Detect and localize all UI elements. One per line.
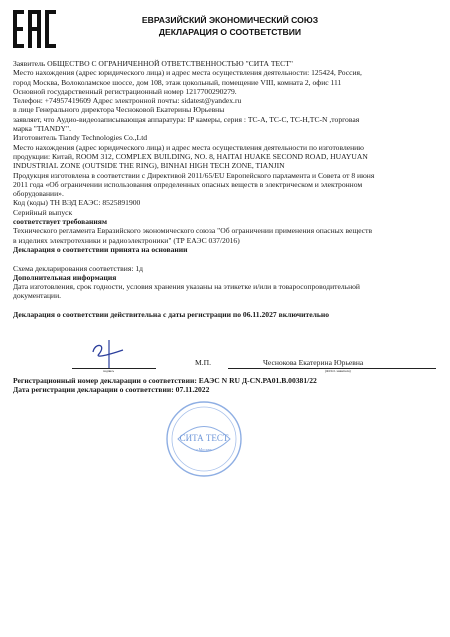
declaration-line: в изделиях электротехники и радиоэлектро… [13, 236, 438, 245]
registration-number: Регистрационный номер декларации о соотв… [13, 376, 317, 385]
declaration-line: Продукция изготовлена в соответствии с Д… [13, 171, 438, 180]
eac-logo [13, 10, 55, 48]
signature-block: подпись М.П. Чеснокова Екатерина Юрьевна… [0, 355, 450, 375]
declaration-line: Схема декларирования соответствия: 1д [13, 264, 438, 273]
declaration-body: Заявитель ОБЩЕСТВО С ОГРАНИЧЕННОЙ ОТВЕТС… [13, 59, 438, 319]
declaration-line: 2011 года «Об ограничении использования … [13, 180, 438, 189]
declaration-line: Код (коды) ТН ВЭД ЕАЭС: 8525891900 [13, 198, 438, 207]
declaration-line: город Москва, Волоколамское шоссе, дом 1… [13, 78, 438, 87]
document-title: ДЕКЛАРАЦИЯ О СООТВЕТСТВИИ [100, 27, 360, 37]
declaration-line: оборудовании». [13, 189, 438, 198]
declaration-line: заявляет, что Аудио-видеозаписывающая ап… [13, 115, 438, 124]
registration-date: Дата регистрации декларации о соответств… [13, 385, 317, 394]
union-title: ЕВРАЗИЙСКИЙ ЭКОНОМИЧЕСКИЙ СОЮЗ [100, 15, 360, 25]
registration-block: Регистрационный номер декларации о соотв… [13, 376, 317, 395]
declaration-line: Дата изготовления, срок годности, услови… [13, 282, 438, 291]
declaration-line: Основной государственный регистрационный… [13, 87, 438, 96]
svg-text:СИТА ТЕСТ: СИТА ТЕСТ [180, 433, 229, 443]
declaration-line: Телефон: +74957419609 Адрес электронной … [13, 96, 438, 105]
declaration-line: Дополнительная информация [13, 273, 438, 282]
declaration-line: Декларация о соответствии принята на осн… [13, 245, 438, 254]
declaration-line: документации. [13, 291, 438, 300]
declaration-line: марка "TIANDY". [13, 124, 438, 133]
declaration-line: Изготовитель Tiandy Technologies Co.,Ltd [13, 133, 438, 142]
declaration-line: Место нахождения (адрес юридического лиц… [13, 68, 438, 77]
declaration-line: Место нахождения (адрес юридического лиц… [13, 143, 438, 152]
name-caption: (Ф.И.О. заявителя) [325, 369, 351, 373]
declaration-line [13, 254, 438, 263]
svg-text:г.Москва: г.Москва [196, 447, 211, 452]
company-stamp-icon: СИТА ТЕСТ г.Москва [165, 400, 243, 478]
declaration-line [13, 301, 438, 310]
declaration-line: Заявитель ОБЩЕСТВО С ОГРАНИЧЕННОЙ ОТВЕТС… [13, 59, 438, 68]
stamp-place-label: М.П. [195, 358, 211, 367]
declaration-line: продукции: Китай, ROOM 312, COMPLEX BUIL… [13, 152, 438, 161]
declaration-line: соответствует требованиям [13, 217, 438, 226]
declaration-line: Декларация о соответствии действительна … [13, 310, 438, 319]
declaration-line: INDUSTRIAL ZONE (OUTSIDE THE RING), BINH… [13, 161, 438, 170]
declaration-line: Серийный выпуск [13, 208, 438, 217]
declaration-line: Технического регламента Евразийского эко… [13, 226, 438, 235]
signer-name: Чеснокова Екатерина Юрьевна [263, 358, 363, 367]
declaration-line: в лице Генерального директора Чесноковой… [13, 105, 438, 114]
signature-caption: подпись [103, 369, 114, 373]
